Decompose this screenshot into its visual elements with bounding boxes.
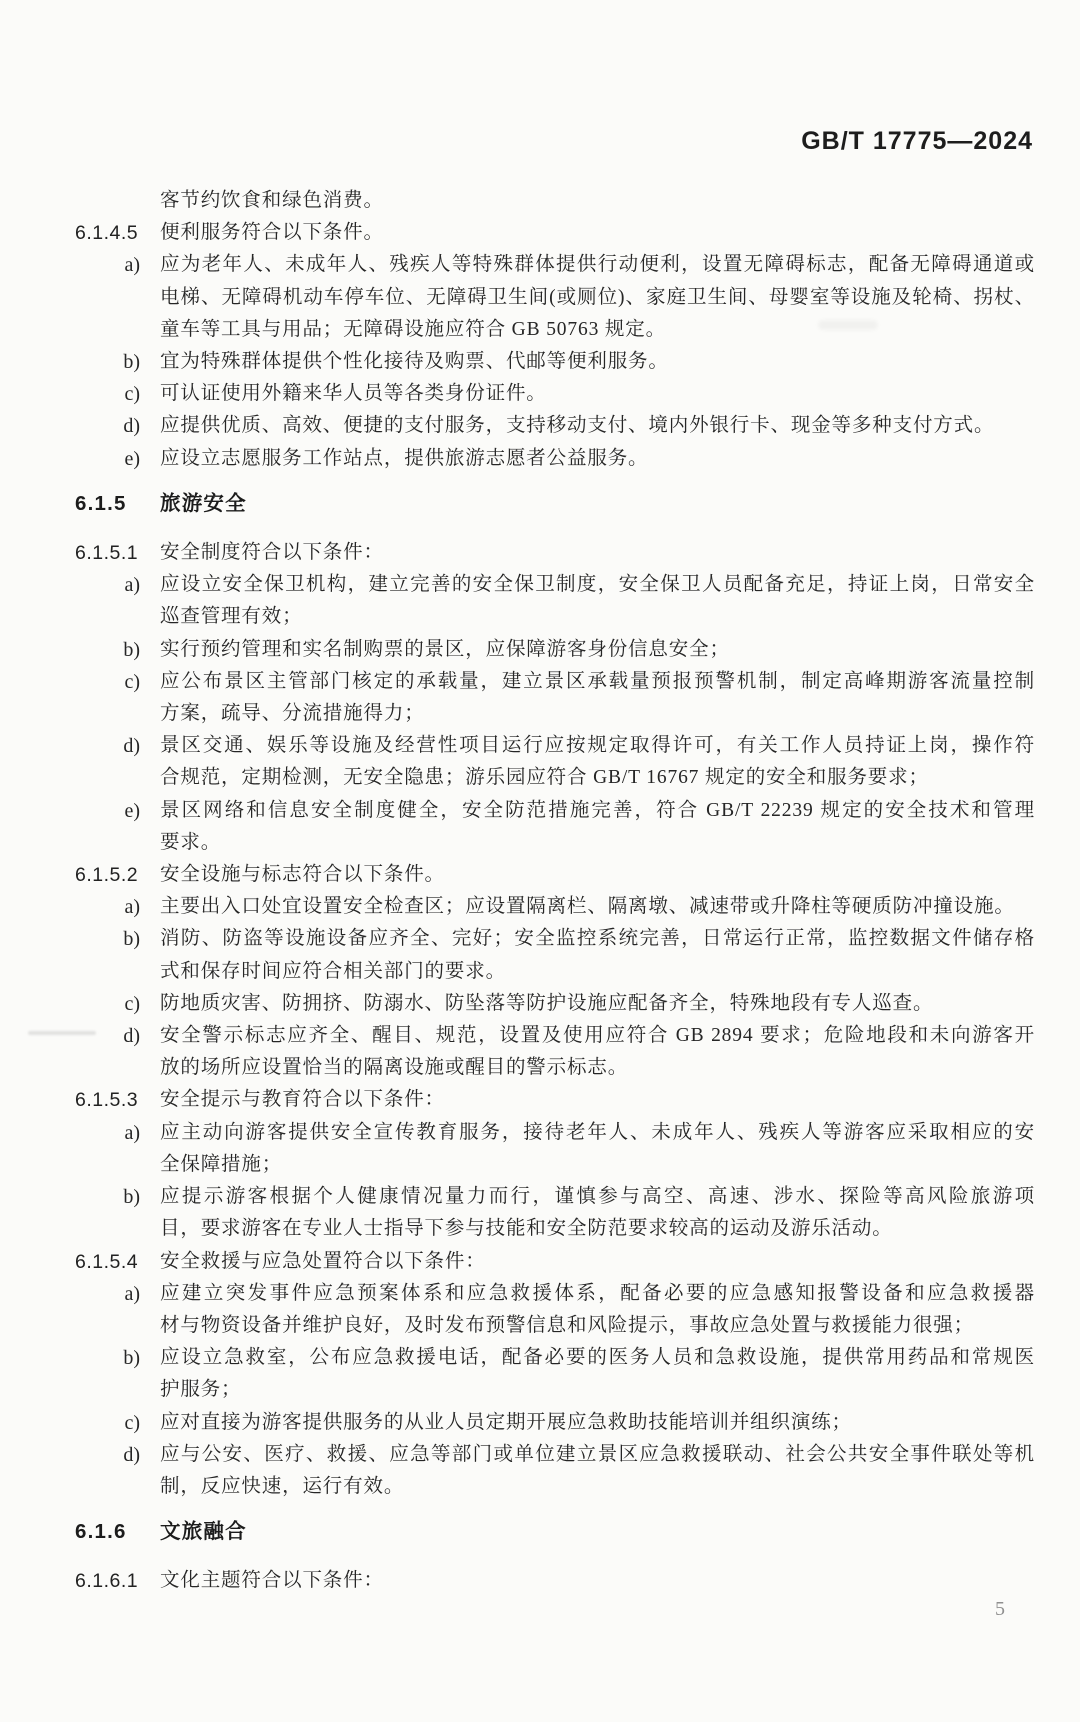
text-line: 应对直接为游客提供服务的从业人员定期开展应急救助技能培训并组织演练；: [160, 1407, 1035, 1439]
clause-number: 6.1.5.1: [75, 537, 160, 569]
list-item: a)应建立突发事件应急预案体系和应急救援体系，配备必要的应急感知报警设备和应急救…: [75, 1278, 1035, 1342]
text-line: 巡查管理有效；: [160, 601, 1035, 633]
paragraph-text: 文旅融合: [160, 1516, 1035, 1548]
text-line: 应为老年人、未成年人、残疾人等特殊群体提供行动便利，设置无障碍标志，配备无障碍通…: [160, 249, 1035, 281]
text-line: 应公布景区主管部门核定的承载量，建立景区承载量预报预警机制，制定高峰期游客流量控…: [160, 666, 1035, 698]
paragraph-text: 景区网络和信息安全制度健全，安全防范措施完善，符合 GB/T 22239 规定的…: [160, 795, 1035, 859]
text-line: 电梯、无障碍机动车停车位、无障碍卫生间(或厕位)、家庭卫生间、母婴室等设施及轮椅…: [160, 282, 1035, 314]
item-label: b): [75, 346, 160, 378]
text-line: 合规范，定期检测，无安全隐患；游乐园应符合 GB/T 16767 规定的安全和服…: [160, 762, 1035, 794]
paragraph-text: 应建立突发事件应急预案体系和应急救援体系，配备必要的应急感知报警设备和应急救援器…: [160, 1278, 1035, 1342]
list-item: d)应提供优质、高效、便捷的支付服务，支持移动支付、境内外银行卡、现金等多种支付…: [75, 410, 1035, 442]
text-line: 防地质灾害、防拥挤、防溺水、防坠落等防护设施应配备齐全，特殊地段有专人巡查。: [160, 988, 1035, 1020]
item-label: c): [75, 666, 160, 698]
list-item: b)应设立急救室，公布应急救援电话，配备必要的医务人员和急救设施，提供常用药品和…: [75, 1342, 1035, 1406]
list-item: d)应与公安、医疗、救援、应急等部门或单位建立景区应急救援联动、社会公共安全事件…: [75, 1439, 1035, 1503]
text-line: 放的场所应设置恰当的隔离设施或醒目的警示标志。: [160, 1052, 1035, 1084]
text-line: 方案，疏导、分流措施得力；: [160, 698, 1035, 730]
clause-heading: 6.1.5.1安全制度符合以下条件：: [75, 537, 1035, 569]
text-line: 文旅融合: [160, 1516, 1035, 1548]
clause-heading: 6.1.5.2安全设施与标志符合以下条件。: [75, 859, 1035, 891]
list-item: c)可认证使用外籍来华人员等各类身份证件。: [75, 378, 1035, 410]
paragraph-text: 应设立急救室，公布应急救援电话，配备必要的医务人员和急救设施，提供常用药品和常规…: [160, 1342, 1035, 1406]
paragraph-text: 便利服务符合以下条件。: [160, 217, 1035, 249]
item-label: c): [75, 1407, 160, 1439]
item-label: a): [75, 249, 160, 281]
item-label: b): [75, 634, 160, 666]
text-line: 实行预约管理和实名制购票的景区，应保障游客身份信息安全；: [160, 634, 1035, 666]
text-line: 式和保存时间应符合相关部门的要求。: [160, 956, 1035, 988]
paragraph-text: 安全警示标志应齐全、醒目、规范，设置及使用应符合 GB 2894 要求；危险地段…: [160, 1020, 1035, 1084]
text-line: 目，要求游客在专业人士指导下参与技能和安全防范要求较高的运动及游乐活动。: [160, 1213, 1035, 1245]
item-label: b): [75, 1342, 160, 1374]
clause-number: 6.1.4.5: [75, 217, 160, 249]
clause-heading: 6.1.4.5便利服务符合以下条件。: [75, 217, 1035, 249]
text-line: 消防、防盗等设施设备应齐全、完好；安全监控系统完善，日常运行正常，监控数据文件储…: [160, 923, 1035, 955]
list-item: e)景区网络和信息安全制度健全，安全防范措施完善，符合 GB/T 22239 规…: [75, 795, 1035, 859]
list-item: c)应公布景区主管部门核定的承载量，建立景区承载量预报预警机制，制定高峰期游客流…: [75, 666, 1035, 730]
paragraph-text: 安全制度符合以下条件：: [160, 537, 1035, 569]
paragraph-text: 安全提示与教育符合以下条件：: [160, 1084, 1035, 1116]
item-label: d): [75, 410, 160, 442]
list-item: c)应对直接为游客提供服务的从业人员定期开展应急救助技能培训并组织演练；: [75, 1407, 1035, 1439]
paragraph-text: 安全救援与应急处置符合以下条件：: [160, 1246, 1035, 1278]
text-line: 护服务；: [160, 1374, 1035, 1406]
text-line: 便利服务符合以下条件。: [160, 217, 1035, 249]
text-line: 可认证使用外籍来华人员等各类身份证件。: [160, 378, 1035, 410]
document-page: GB/T 17775—2024 客节约饮食和绿色消费。6.1.4.5便利服务符合…: [0, 0, 1080, 1722]
clause-number: 6.1.6: [75, 1516, 160, 1548]
clause-heading: 6.1.5.3安全提示与教育符合以下条件：: [75, 1084, 1035, 1116]
list-item: a)主要出入口处宜设置安全检查区；应设置隔离栏、隔离墩、减速带或升降柱等硬质防冲…: [75, 891, 1035, 923]
clause-number: 6.1.5: [75, 488, 160, 520]
item-label: a): [75, 1278, 160, 1310]
paragraph-text: 应对直接为游客提供服务的从业人员定期开展应急救助技能培训并组织演练；: [160, 1407, 1035, 1439]
list-item: b)消防、防盗等设施设备应齐全、完好；安全监控系统完善，日常运行正常，监控数据文…: [75, 923, 1035, 987]
item-label: d): [75, 730, 160, 762]
item-label: c): [75, 378, 160, 410]
section-heading: 6.1.5旅游安全: [75, 488, 1035, 520]
text-line: 要求。: [160, 827, 1035, 859]
item-label: d): [75, 1439, 160, 1471]
paragraph-text: 应主动向游客提供安全宣传教育服务，接待老年人、未成年人、残疾人等游客应采取相应的…: [160, 1117, 1035, 1181]
paragraph-text: 应提供优质、高效、便捷的支付服务，支持移动支付、境内外银行卡、现金等多种支付方式…: [160, 410, 1035, 442]
text-line: 旅游安全: [160, 488, 1035, 520]
clause-number: 6.1.5.2: [75, 859, 160, 891]
paragraph-text: 旅游安全: [160, 488, 1035, 520]
item-label: d): [75, 1020, 160, 1052]
paragraph-text: 文化主题符合以下条件：: [160, 1565, 1035, 1597]
item-label: a): [75, 569, 160, 601]
text-line: 客节约饮食和绿色消费。: [160, 185, 1035, 217]
paragraph-text: 应公布景区主管部门核定的承载量，建立景区承载量预报预警机制，制定高峰期游客流量控…: [160, 666, 1035, 730]
text-line: 应提供优质、高效、便捷的支付服务，支持移动支付、境内外银行卡、现金等多种支付方式…: [160, 410, 1035, 442]
clause-heading: 6.1.6.1文化主题符合以下条件：: [75, 1565, 1035, 1597]
paragraph-text: 应设立志愿服务工作站点，提供旅游志愿者公益服务。: [160, 443, 1035, 475]
item-label: b): [75, 923, 160, 955]
page-number: 5: [995, 1598, 1005, 1621]
text-line: 应提示游客根据个人健康情况量力而行，谨慎参与高空、高速、涉水、探险等高风险旅游项: [160, 1181, 1035, 1213]
clause-number: 6.1.5.4: [75, 1246, 160, 1278]
list-item: b)实行预约管理和实名制购票的景区，应保障游客身份信息安全；: [75, 634, 1035, 666]
standard-number: GB/T 17775—2024: [801, 127, 1033, 156]
item-label: e): [75, 443, 160, 475]
text-line: 文化主题符合以下条件：: [160, 1565, 1035, 1597]
text-line: 应建立突发事件应急预案体系和应急救援体系，配备必要的应急感知报警设备和应急救援器: [160, 1278, 1035, 1310]
paragraph-text: 应与公安、医疗、救援、应急等部门或单位建立景区应急救援联动、社会公共安全事件联处…: [160, 1439, 1035, 1503]
list-item: d)安全警示标志应齐全、醒目、规范，设置及使用应符合 GB 2894 要求；危险…: [75, 1020, 1035, 1084]
list-item: b)应提示游客根据个人健康情况量力而行，谨慎参与高空、高速、涉水、探险等高风险旅…: [75, 1181, 1035, 1245]
text-line: 安全制度符合以下条件：: [160, 537, 1035, 569]
text-line: 宜为特殊群体提供个性化接待及购票、代邮等便利服务。: [160, 346, 1035, 378]
text-line: 应设立志愿服务工作站点，提供旅游志愿者公益服务。: [160, 443, 1035, 475]
list-item: a)应主动向游客提供安全宣传教育服务，接待老年人、未成年人、残疾人等游客应采取相…: [75, 1117, 1035, 1181]
list-item: a)应为老年人、未成年人、残疾人等特殊群体提供行动便利，设置无障碍标志，配备无障…: [75, 249, 1035, 346]
text-line: 材与物资设备并维护良好，及时发布预警信息和风险提示，事故应急处置与救援能力很强；: [160, 1310, 1035, 1342]
item-label: b): [75, 1181, 160, 1213]
list-item: c)防地质灾害、防拥挤、防溺水、防坠落等防护设施应配备齐全，特殊地段有专人巡查。: [75, 988, 1035, 1020]
text-line: 安全救援与应急处置符合以下条件：: [160, 1246, 1035, 1278]
paragraph-text: 防地质灾害、防拥挤、防溺水、防坠落等防护设施应配备齐全，特殊地段有专人巡查。: [160, 988, 1035, 1020]
list-item: b)宜为特殊群体提供个性化接待及购票、代邮等便利服务。: [75, 346, 1035, 378]
text-line: 应设立安全保卫机构，建立完善的安全保卫制度，安全保卫人员配备充足，持证上岗，日常…: [160, 569, 1035, 601]
paragraph-text: 客节约饮食和绿色消费。: [160, 185, 1035, 217]
text-line: 安全警示标志应齐全、醒目、规范，设置及使用应符合 GB 2894 要求；危险地段…: [160, 1020, 1035, 1052]
item-label: e): [75, 795, 160, 827]
paragraph-text: 消防、防盗等设施设备应齐全、完好；安全监控系统完善，日常运行正常，监控数据文件储…: [160, 923, 1035, 987]
text-line: 安全提示与教育符合以下条件：: [160, 1084, 1035, 1116]
paragraph-text: 可认证使用外籍来华人员等各类身份证件。: [160, 378, 1035, 410]
text-line: 主要出入口处宜设置安全检查区；应设置隔离栏、隔离墩、减速带或升降柱等硬质防冲撞设…: [160, 891, 1035, 923]
text-line: 应设立急救室，公布应急救援电话，配备必要的医务人员和急救设施，提供常用药品和常规…: [160, 1342, 1035, 1374]
paragraph-text: 实行预约管理和实名制购票的景区，应保障游客身份信息安全；: [160, 634, 1035, 666]
paragraph-text: 应设立安全保卫机构，建立完善的安全保卫制度，安全保卫人员配备充足，持证上岗，日常…: [160, 569, 1035, 633]
paragraph-text: 应为老年人、未成年人、残疾人等特殊群体提供行动便利，设置无障碍标志，配备无障碍通…: [160, 249, 1035, 346]
text-line: 童车等工具与用品；无障碍设施应符合 GB 50763 规定。: [160, 314, 1035, 346]
text-line: 制，反应快速，运行有效。: [160, 1471, 1035, 1503]
document-body: 客节约饮食和绿色消费。6.1.4.5便利服务符合以下条件。a)应为老年人、未成年…: [75, 185, 1035, 1598]
clause-number: 6.1.5.3: [75, 1084, 160, 1116]
text-line: 全保障措施；: [160, 1149, 1035, 1181]
paragraph-text: 景区交通、娱乐等设施及经营性项目运行应按规定取得许可，有关工作人员持证上岗，操作…: [160, 730, 1035, 794]
paragraph-text: 宜为特殊群体提供个性化接待及购票、代邮等便利服务。: [160, 346, 1035, 378]
list-item: e)应设立志愿服务工作站点，提供旅游志愿者公益服务。: [75, 443, 1035, 475]
text-line: 安全设施与标志符合以下条件。: [160, 859, 1035, 891]
paragraph-text: 安全设施与标志符合以下条件。: [160, 859, 1035, 891]
text-line: 应主动向游客提供安全宣传教育服务，接待老年人、未成年人、残疾人等游客应采取相应的…: [160, 1117, 1035, 1149]
text-line: 应与公安、医疗、救援、应急等部门或单位建立景区应急救援联动、社会公共安全事件联处…: [160, 1439, 1035, 1471]
paragraph-continuation: 客节约饮食和绿色消费。: [75, 185, 1035, 217]
list-item: a)应设立安全保卫机构，建立完善的安全保卫制度，安全保卫人员配备充足，持证上岗，…: [75, 569, 1035, 633]
item-label: a): [75, 891, 160, 923]
paragraph-text: 应提示游客根据个人健康情况量力而行，谨慎参与高空、高速、涉水、探险等高风险旅游项…: [160, 1181, 1035, 1245]
item-label: c): [75, 988, 160, 1020]
text-line: 景区网络和信息安全制度健全，安全防范措施完善，符合 GB/T 22239 规定的…: [160, 795, 1035, 827]
clause-number: 6.1.6.1: [75, 1565, 160, 1597]
text-line: 景区交通、娱乐等设施及经营性项目运行应按规定取得许可，有关工作人员持证上岗，操作…: [160, 730, 1035, 762]
item-label: a): [75, 1117, 160, 1149]
list-item: d)景区交通、娱乐等设施及经营性项目运行应按规定取得许可，有关工作人员持证上岗，…: [75, 730, 1035, 794]
section-heading: 6.1.6文旅融合: [75, 1516, 1035, 1548]
paragraph-text: 主要出入口处宜设置安全检查区；应设置隔离栏、隔离墩、减速带或升降柱等硬质防冲撞设…: [160, 891, 1035, 923]
clause-heading: 6.1.5.4安全救援与应急处置符合以下条件：: [75, 1246, 1035, 1278]
